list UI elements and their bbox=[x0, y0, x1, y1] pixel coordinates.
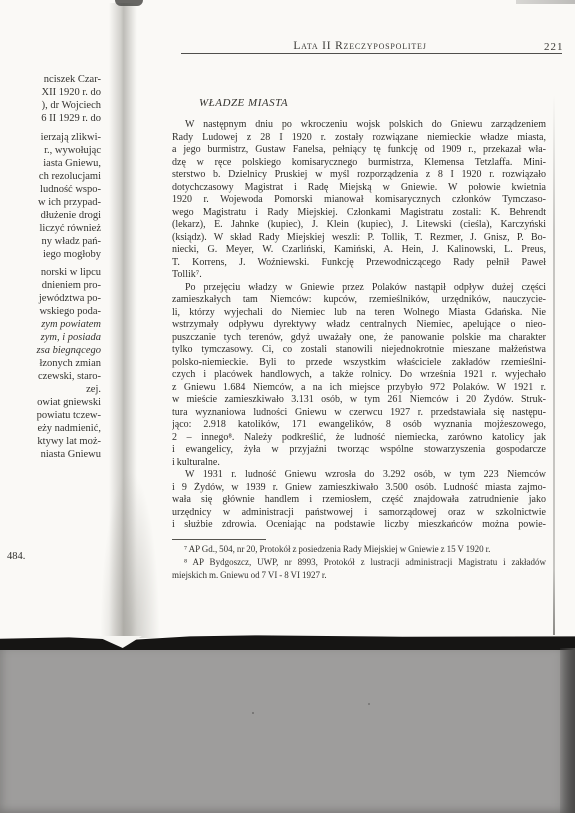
text-line: czych i placówek handlowych, a także rol… bbox=[172, 369, 546, 382]
text-line: niecki, G. Meyer, W. Czarliński, Kamińsk… bbox=[172, 244, 546, 257]
paragraph: Po przejęciu władzy w Gniewie przez Pola… bbox=[172, 282, 546, 470]
text-line: (lekarz), E. Jahnke (kupiec), J. Klein (… bbox=[172, 219, 546, 232]
text-line: wstrzymały odpływu dyrektywy władz centr… bbox=[172, 319, 546, 332]
body-text: W następnym dniu po wkroczeniu wojsk pol… bbox=[172, 119, 546, 532]
text-line: z Gniewu 1.684 Niemców, a na ich miejsce… bbox=[172, 382, 546, 395]
text-line: jewództwa po- bbox=[0, 292, 101, 305]
text-line: norski w lipcu bbox=[0, 266, 101, 279]
text-line: i służbie zdrowia. Oceniając na podstawi… bbox=[172, 519, 546, 532]
dust-speck bbox=[252, 712, 254, 714]
text-line: ⁷ AP Gd., 504, nr 20, Protokół z posiedz… bbox=[172, 543, 546, 556]
text-line: dnieniem pro- bbox=[0, 279, 101, 292]
text-line: 2 – innego⁸. Należy podkreślić, że ludno… bbox=[172, 432, 546, 445]
text-line: zym powiatem bbox=[0, 318, 101, 331]
text-line: w mieście zamieszkiwało 3.131 osób, w ty… bbox=[172, 394, 546, 407]
desk-right-edge-shadow bbox=[560, 648, 575, 813]
footnote-separator-rule bbox=[172, 539, 266, 540]
desk-surface bbox=[0, 650, 575, 813]
running-header-title: Lata II Rzeczypospolitej bbox=[150, 40, 570, 52]
text-line: łzonych zmian bbox=[0, 357, 101, 370]
text-line: liczyć również bbox=[0, 222, 101, 235]
dust-speck bbox=[368, 703, 370, 705]
text-line: iasta Gniewu, bbox=[0, 157, 101, 170]
facing-text-group: ierzają zlikwi-r., wywołująciasta Gniewu… bbox=[0, 131, 101, 261]
text-line: a jego burmistrz, Gustaw Fanelsa, pełnią… bbox=[172, 144, 546, 157]
text-line: zej. bbox=[0, 383, 101, 396]
text-line: niasta Gniewu bbox=[0, 448, 101, 461]
text-line: Tollik⁷. bbox=[172, 269, 546, 282]
text-line: iego mogłoby bbox=[0, 248, 101, 261]
text-line: T. Korrens, J. Woźniewski. Funkcję Przew… bbox=[172, 257, 546, 270]
text-line: ludność wspo- bbox=[0, 183, 101, 196]
text-line: ⁸ AP Bydgoszcz, UWP, nr 8993, Protokół z… bbox=[172, 556, 546, 569]
header-rule bbox=[181, 53, 562, 54]
text-line: i 9 Żydów, w 1939 r. Gniew zamieszkiwało… bbox=[172, 482, 546, 495]
facing-text-group: norski w lipcudnieniem pro-jewództwa po-… bbox=[0, 266, 101, 461]
section-title: WŁADZE MIASTA bbox=[199, 97, 288, 109]
text-line: czewski, staro- bbox=[0, 370, 101, 383]
text-line: w ich przypad- bbox=[0, 196, 101, 209]
text-line: sterstwo b. Dzielnicy Pruskiej w myśl ro… bbox=[172, 169, 546, 182]
footnotes: ⁷ AP Gd., 504, nr 20, Protokół z posiedz… bbox=[172, 543, 546, 582]
text-line: miejskich m. Gniewu od 7 VI - 8 VI 1927 … bbox=[172, 569, 546, 582]
text-line: zym, i posiada bbox=[0, 331, 101, 344]
text-line: ch rezolucjami bbox=[0, 170, 101, 183]
book-spine-top-mark bbox=[115, 0, 143, 6]
facing-page-footnote-number: 484. bbox=[7, 551, 25, 562]
text-line: W następnym dniu po wkroczeniu wojsk pol… bbox=[172, 119, 546, 132]
text-line: wego Magistratu i Rady Miejskiej. Członk… bbox=[172, 207, 546, 220]
text-line: W 1931 r. ludność Gniewu wzrosła do 3.29… bbox=[172, 469, 546, 482]
text-line: wskiego poda- bbox=[0, 305, 101, 318]
text-line: li, którzy wyjechali do Niemiec lub na t… bbox=[172, 307, 546, 320]
text-line: 1920 r. Wojewoda Pomorski mianował komis… bbox=[172, 194, 546, 207]
text-line: eży nadmienić, bbox=[0, 422, 101, 435]
text-line: Rady Ludowej z 28 I 1920 r. zostały rozw… bbox=[172, 132, 546, 145]
text-line: dłużenie drogi bbox=[0, 209, 101, 222]
text-line: polsko-niemieckie. Byli to przede wszyst… bbox=[172, 357, 546, 370]
text-line: wała się głównie handlem i rzemiosłem, c… bbox=[172, 494, 546, 507]
text-line: ny władz pań- bbox=[0, 235, 101, 248]
page-number: 221 bbox=[544, 41, 564, 53]
book-scan-page: nciszek Czar-XII 1920 r. do), dr Wojciec… bbox=[0, 0, 575, 813]
text-line: Po przejęciu władzy w Gniewie przez Pola… bbox=[172, 282, 546, 295]
text-line: nciszek Czar- bbox=[0, 73, 101, 86]
text-line: ), dr Wojciech bbox=[0, 99, 101, 112]
text-line: zamieszkałych tam Niemców: kupców, rzemi… bbox=[172, 294, 546, 307]
facing-text-group: nciszek Czar-XII 1920 r. do), dr Wojciec… bbox=[0, 73, 101, 125]
text-line: powiatu tczew- bbox=[0, 409, 101, 422]
scan-top-streak bbox=[516, 0, 575, 4]
text-line: i ewangelicy, żyła w przyjaźni tworząc w… bbox=[172, 444, 546, 457]
text-line: i kulturalne. bbox=[172, 457, 546, 470]
text-line: jąco: 2.918 katolików, 171 ewangelików, … bbox=[172, 419, 546, 432]
text-line: urzędnicy w administracji państwowej i s… bbox=[172, 507, 546, 520]
text-line: XII 1920 r. do bbox=[0, 86, 101, 99]
text-line: zsa biegnącego bbox=[0, 344, 101, 357]
text-line: tura wyznaniowa ludności Gniewu w czerwc… bbox=[172, 407, 546, 420]
text-line: tylko tymczasowy. Ci, co zostali stanowi… bbox=[172, 344, 546, 357]
text-line: dotychczasowy Magistrat i Radę Miejską w… bbox=[172, 182, 546, 195]
text-line: r., wywołując bbox=[0, 144, 101, 157]
paragraph: W 1931 r. ludność Gniewu wzrosła do 3.29… bbox=[172, 469, 546, 532]
book-gutter-shadow-lower bbox=[100, 470, 160, 638]
text-line: dzę w ręce polskiego komisarycznego burm… bbox=[172, 157, 546, 170]
text-line: ktywy lat moż- bbox=[0, 435, 101, 448]
text-line: 6 II 1929 r. do bbox=[0, 112, 101, 125]
text-line: puszczanie tych terenów, gdyż uważały on… bbox=[172, 332, 546, 345]
page-right-edge-shadow bbox=[553, 95, 555, 635]
paragraph: W następnym dniu po wkroczeniu wojsk pol… bbox=[172, 119, 546, 282]
text-line: ierzają zlikwi- bbox=[0, 131, 101, 144]
text-line: (ksiądz). W skład Rady Miejskiej weszli:… bbox=[172, 232, 546, 245]
text-line: owiat gniewski bbox=[0, 396, 101, 409]
